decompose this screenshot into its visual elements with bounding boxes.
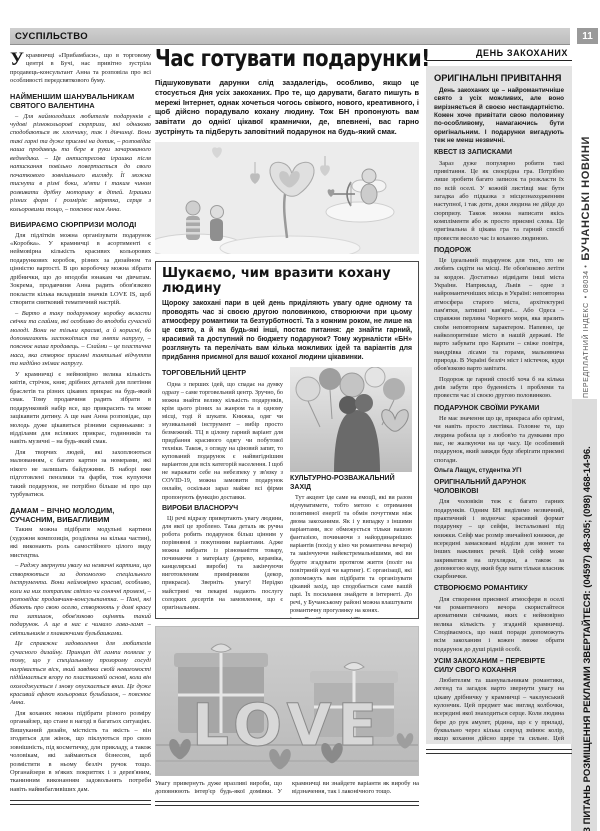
- feature-signature: Іван Палій, студент УГІ: [290, 617, 412, 619]
- left-article-column: У крамничці «Прибамбаси», що в торговому…: [10, 52, 151, 812]
- sidebar-lead: День закоханих це – найромантичніше свят…: [434, 87, 564, 145]
- cupid-illustration-svg: [155, 142, 419, 254]
- figure-head: [211, 205, 224, 218]
- feature-subheading: ВИРОБИ ВЛАСНОРУЧ: [162, 505, 283, 513]
- sidebar-signature: Ольга Лащук, студентка УГІ: [434, 467, 564, 475]
- love-gifts-photo: LOVE: [155, 626, 419, 776]
- left-paragraph: Для творчих людей, які захоплюються малю…: [10, 449, 151, 500]
- sidebar-subheading: СТВОРЮЄМО РОМАНТИКУ: [434, 585, 564, 594]
- figure-head: [186, 201, 200, 215]
- feature-box: Шукаємо, чим вразити кохану людину Щорок…: [155, 261, 419, 619]
- cupid-head: [362, 169, 376, 183]
- sidebar-paragraph: Це ідеальний подарунок для тих, хто не л…: [434, 257, 564, 374]
- balloon: [319, 368, 341, 390]
- feature-subheading: ТОРГОВЕЛЬНИЙ ЦЕНТР: [162, 370, 283, 378]
- photo-caption: Увагу привернуть дуже вразливі вироби, щ…: [155, 780, 419, 797]
- ads-contact-strip: З ПИТАНЬ РОЗМІЩЕННЯ РЕКЛАМИ ЗВЕРТАЙТЕСЯ:…: [576, 399, 598, 831]
- feature-col-2: КУЛЬТУРНО-РОЗВАЖАЛЬНИЙ ЗАХІД Тут акцент …: [290, 367, 412, 618]
- bottom-rule: [155, 801, 419, 806]
- sidebar-subheading: ПОДАРУНОК СВОЇМИ РУКАМИ: [434, 405, 564, 414]
- balloon: [365, 367, 385, 387]
- main-lead: Підшуковувати дарунки слід заздалегідь, …: [155, 78, 419, 137]
- newspaper-page: СУСПІЛЬСТВО 11 ПЕРЕДПЛАТНИЙ ІНДЕКС • 080…: [0, 0, 600, 831]
- feature-col-1: ТОРГОВЕЛЬНИЙ ЦЕНТР Одна з перших ідей, щ…: [162, 367, 283, 618]
- sidebar-paragraph: Подорож це гарний спосіб хоча б на кільк…: [434, 376, 564, 401]
- left-paragraph: Таким можна підібрати модульні картини (…: [10, 526, 151, 560]
- left-article-intro: У крамничці «Прибамбаси», що в торговому…: [10, 52, 151, 86]
- sidebar-paragraph: Для чоловіків теж є багато гарних подару…: [434, 498, 564, 581]
- left-section-heading: ВИБИРАЄМО СЮРПРИЗИ МОЛОДІ: [10, 220, 151, 229]
- sidebar-paragraph: Для створення приємної атмосфери в оселі…: [434, 596, 564, 654]
- feature-paragraph: Ці речі відразу привертають увагу людини…: [162, 515, 283, 612]
- left-section-heading: НАЙМЕНШИМ ШАНУВАЛЬНИКАМ СВЯТОГО ВАЛЕНТИН…: [10, 92, 151, 110]
- feature-paragraph: Тут акцент іде саме на емоції, які ви ра…: [290, 494, 412, 615]
- subscription-index: • 08034 •: [583, 265, 590, 299]
- love-letters: LOVE: [192, 691, 383, 759]
- left-paragraph: – Варто в таку подарункову коробку вклас…: [10, 310, 151, 369]
- sidebar-subheading: ОРИГІНАЛЬНИЙ ДАРУНОК ЧОЛОВІКОВІ: [434, 479, 564, 497]
- cupid-illustration: [155, 142, 419, 254]
- bottom-rule: [10, 800, 151, 805]
- section-header-bar: СУСПІЛЬСТВО: [10, 28, 570, 45]
- left-paragraph: У крамничці є неймовірно велика кількіст…: [10, 371, 151, 447]
- rubric-label: ДЕНЬ ЗАКОХАНИХ: [426, 48, 572, 58]
- feature-paragraph: Одна з перших ідей, що спадає на думку о…: [162, 381, 283, 502]
- left-paragraph: – Раджу звернути увагу на незвичні карти…: [10, 562, 151, 638]
- feature-title: Шукаємо, чим вразити кохану людину: [162, 267, 412, 297]
- sidebar-paragraph: Зараз дуже популярно робити такі привіта…: [434, 160, 564, 243]
- sidebar-subheading: УСІМ ЗАКОХАНИМ – ПЕРЕВІРТЕ СИЛУ СВОГО КО…: [434, 658, 564, 676]
- main-headline: Час готувати подарунки!: [155, 46, 379, 72]
- left-paragraph: – Для наймолодших любителів подарунків є…: [10, 113, 151, 214]
- feature-lead: Щороку закохані пари в цей день приділяю…: [162, 300, 412, 363]
- sidebar-title: ОРИГІНАЛЬНІ ПРИВІТАННЯ: [434, 73, 564, 83]
- couple-photo-svg: [290, 367, 412, 472]
- left-paragraph: Для підлітків можна організувати подарун…: [10, 232, 151, 308]
- sidebar-subheading: ПОДОРОЖ: [434, 247, 564, 256]
- subscription-label: ПЕРЕДПЛАТНИЙ ІНДЕКС: [583, 302, 590, 398]
- sidebar-paragraph: Любителям та шанувальникам романтики, ле…: [434, 677, 564, 744]
- newspaper-name: БУЧАНСЬКІ НОВИНИ: [580, 136, 592, 261]
- couple-balloons-photo: [290, 367, 412, 472]
- lovers-day-sidebar: ДЕНЬ ЗАКОХАНИХ ОРИГІНАЛЬНІ ПРИВІТАННЯ Де…: [426, 48, 572, 754]
- head: [355, 394, 373, 412]
- bottom-rule: [426, 749, 572, 754]
- section-title: СУСПІЛЬСТВО: [10, 31, 88, 42]
- left-paragraph: Для коханих можна підібрати різного розм…: [10, 710, 151, 795]
- sidebar-box: ОРИГІНАЛЬНІ ПРИВІТАННЯ День закоханих це…: [426, 66, 572, 744]
- page-number: 11: [577, 28, 598, 44]
- head: [339, 396, 357, 414]
- sidebar-paragraph: Не має значення що це, прикраса або оріг…: [434, 415, 564, 465]
- balloon: [340, 373, 364, 397]
- feature-subheading: КУЛЬТУРНО-РОЗВАЖАЛЬНИЙ ЗАХІД: [290, 475, 412, 492]
- sidebar-subheading: КВЕСТ ІЗ ЗАПИСКАМИ: [434, 149, 564, 158]
- love-photo-svg: LOVE: [156, 627, 418, 775]
- balloon: [383, 378, 405, 400]
- drop-cap: У: [10, 52, 26, 67]
- balloon: [296, 377, 320, 401]
- cupid-body: [361, 184, 377, 204]
- subscription-index-strip: ПЕРЕДПЛАТНИЙ ІНДЕКС • 08034 • БУЧАНСЬКІ …: [575, 60, 597, 398]
- left-section-heading: ДАМАМ – ВІЧНО МОЛОДИМ, СУЧАСНИМ, ВИБАГЛИ…: [10, 506, 151, 524]
- figure-body: [210, 219, 223, 241]
- rubric-rule: [426, 60, 572, 61]
- left-paragraph: Це справжнє задоволення для любителів су…: [10, 640, 151, 708]
- main-article-column: Час готувати подарунки! Підшуковувати да…: [155, 46, 419, 806]
